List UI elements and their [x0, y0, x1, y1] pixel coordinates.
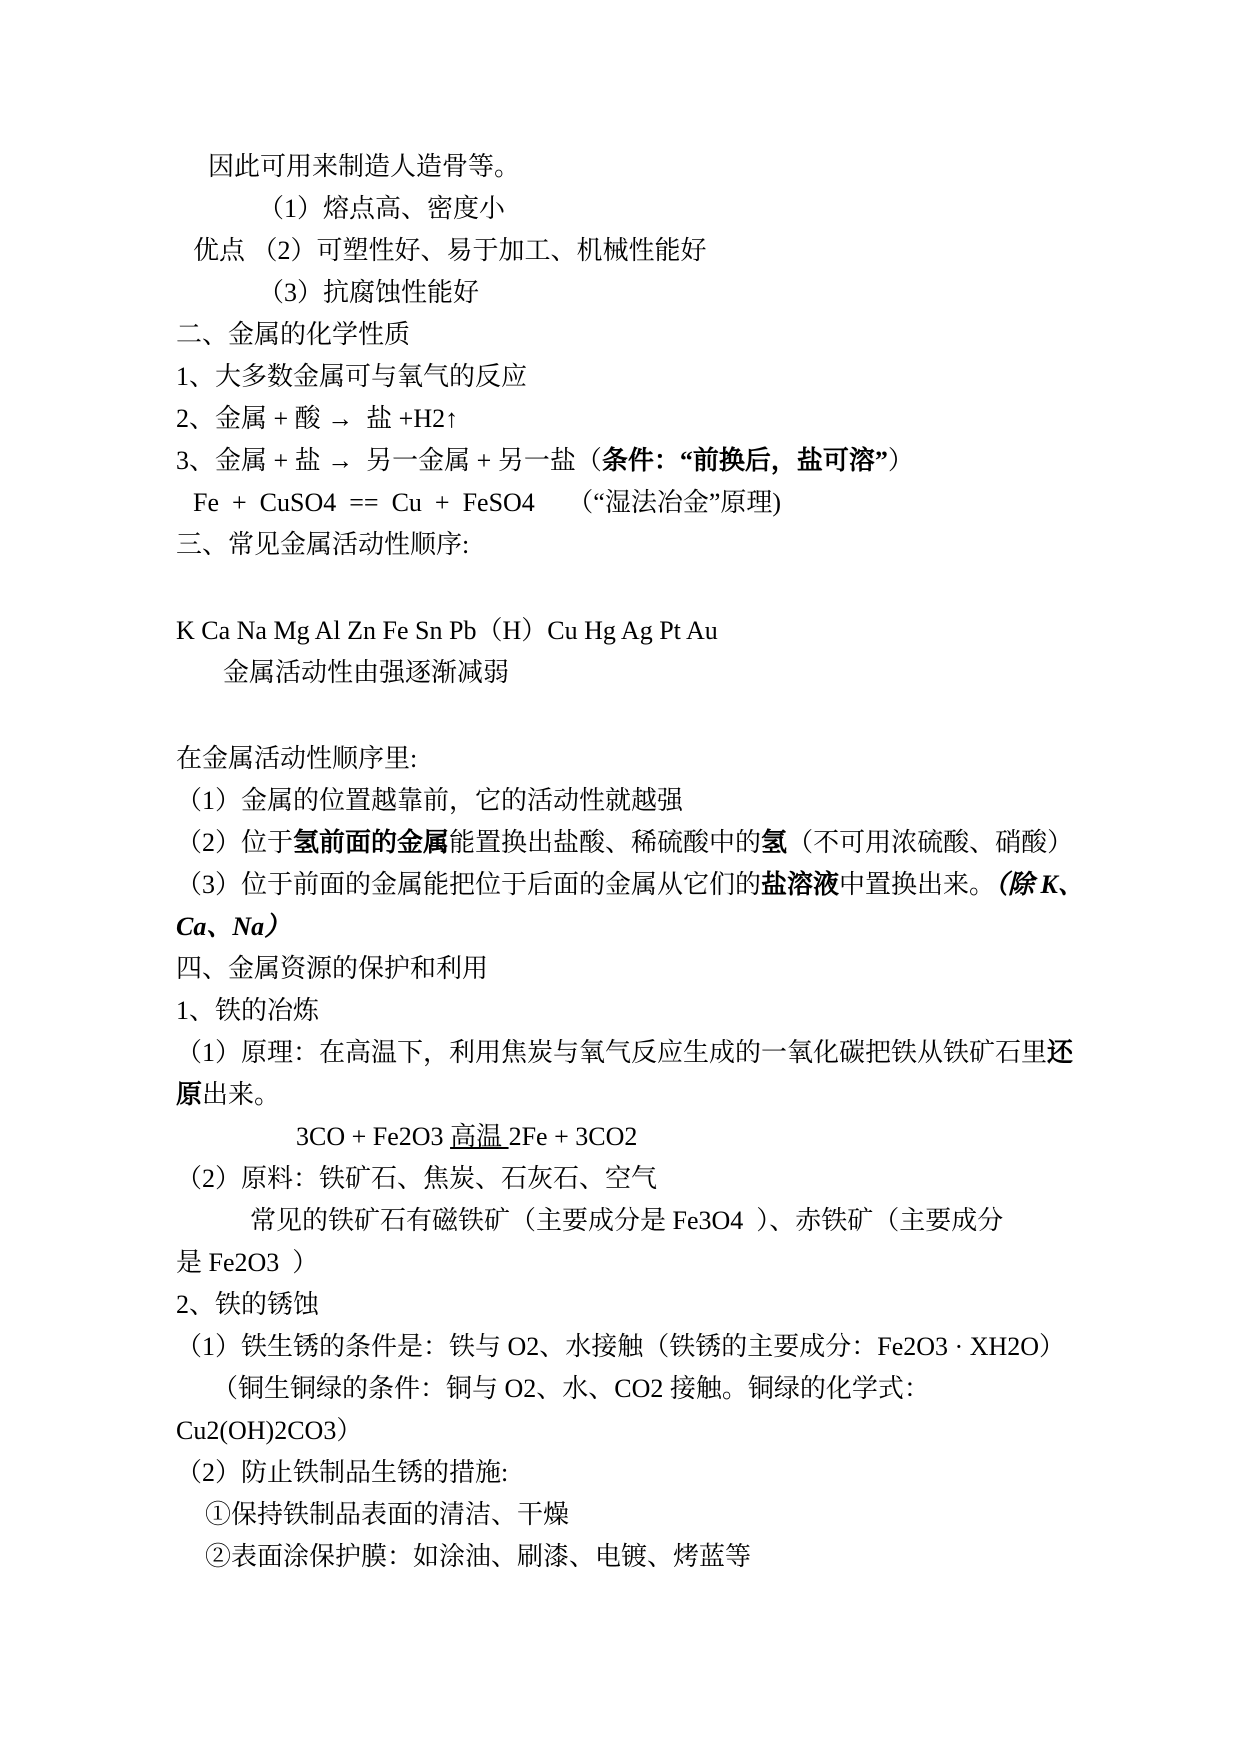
paragraph: 二、金属的化学性质 — [176, 314, 1171, 356]
paragraph: ②表面涂保护膜：如涂油、刷漆、电镀、烤蓝等 — [205, 1536, 1171, 1578]
text-run: 优点 （2）可塑性好、易于加工、机械性能好 — [193, 236, 707, 265]
paragraph: Ca、Na） — [176, 906, 1171, 948]
text-run: （3）抗腐蚀性能好 — [258, 278, 479, 307]
paragraph: K Ca Na Mg Al Zn Fe Sn Pb（H）Cu Hg Ag Pt … — [176, 610, 1171, 652]
text-run: 盐溶液 — [761, 870, 839, 899]
text-run: 三、常见金属活动性顺序: — [176, 530, 469, 559]
paragraph: 3CO + Fe2O3 高温 2Fe + 3CO2 — [296, 1116, 1171, 1158]
text-run: （2）防止铁制品生锈的措施: — [176, 1458, 508, 1487]
text-run: 1、大多数金属可与氧气的反应 — [176, 362, 527, 391]
text-run: ①保持铁制品表面的清洁、干燥 — [205, 1500, 569, 1529]
text-run: 2、金属 + 酸 → 盐 +H2↑ — [176, 404, 458, 433]
text-run: （1）熔点高、密度小 — [258, 194, 505, 223]
paragraph: （1）金属的位置越靠前，它的活动性就越强 — [176, 780, 1171, 822]
text-run: 金属活动性由强逐渐减弱 — [223, 658, 509, 687]
paragraph: 1、大多数金属可与氧气的反应 — [176, 356, 1171, 398]
text-run: （2）原料：铁矿石、焦炭、石灰石、空气 — [176, 1164, 657, 1193]
text-run: （1）原理：在高温下，利用焦炭与氧气反应生成的一氧化碳把铁从铁矿石里 — [176, 1038, 1047, 1067]
text-run: 常见的铁矿石有磁铁矿（主要成分是 Fe3O4 ）、赤铁矿（主要成分 — [250, 1206, 1003, 1235]
paragraph: （铜生铜绿的条件：铜与 O2、水、CO2 接触。铜绿的化学式： — [212, 1368, 1171, 1410]
paragraph: （1）熔点高、密度小 — [258, 188, 1171, 230]
document-page: 因此可用来制造人造骨等。（1）熔点高、密度小优点 （2）可塑性好、易于加工、机械… — [0, 0, 1241, 1754]
text-run: （不可用浓硫酸、硝酸） — [787, 828, 1073, 857]
text-run: 3CO + Fe2O3 — [296, 1122, 450, 1151]
text-run: （除 K、 — [995, 870, 1084, 899]
paragraph: Fe + CuSO4 == Cu + FeSO4 （“湿法冶金”原理) — [193, 482, 1171, 524]
text-run: K Ca Na Mg Al Zn Fe Sn Pb（H）Cu Hg Ag Pt … — [176, 616, 718, 645]
document-body: 因此可用来制造人造骨等。（1）熔点高、密度小优点 （2）可塑性好、易于加工、机械… — [176, 146, 1171, 1578]
paragraph: （3）位于前面的金属能把位于后面的金属从它们的盐溶液中置换出来。（除 K、 — [176, 864, 1171, 906]
paragraph: Cu2(OH)2CO3） — [176, 1410, 1171, 1452]
text-run: 条件：“前换后，盐可溶” — [602, 446, 888, 475]
text-run: 能置换出盐酸、稀硫酸中的 — [449, 828, 761, 857]
text-run: ②表面涂保护膜：如涂油、刷漆、电镀、烤蓝等 — [205, 1542, 751, 1571]
text-run: 氢前面的金属 — [293, 828, 449, 857]
paragraph: 3、金属 + 盐 → 另一金属 + 另一盐（条件：“前换后，盐可溶”） — [176, 440, 1171, 482]
paragraph: （2）位于氢前面的金属能置换出盐酸、稀硫酸中的氢（不可用浓硫酸、硝酸） — [176, 822, 1171, 864]
text-run: 1、铁的冶炼 — [176, 996, 319, 1025]
text-run: Cu2(OH)2CO3） — [176, 1416, 362, 1445]
paragraph: 2、金属 + 酸 → 盐 +H2↑ — [176, 398, 1171, 440]
paragraph: 因此可用来制造人造骨等。 — [208, 146, 1171, 188]
text-run: 二、金属的化学性质 — [176, 320, 410, 349]
paragraph: 在金属活动性顺序里: — [176, 738, 1171, 780]
text-run: 出来。 — [202, 1080, 280, 1109]
paragraph: 优点 （2）可塑性好、易于加工、机械性能好 — [193, 230, 1171, 272]
text-run: 3、金属 + 盐 → 另一金属 + 另一盐（ — [176, 446, 602, 475]
text-run: 中置换出来。 — [839, 870, 995, 899]
text-run: 原 — [176, 1080, 202, 1109]
text-run: 在金属活动性顺序里: — [176, 744, 417, 773]
paragraph: 常见的铁矿石有磁铁矿（主要成分是 Fe3O4 ）、赤铁矿（主要成分 — [250, 1200, 1171, 1242]
paragraph: 四、金属资源的保护和利用 — [176, 948, 1171, 990]
paragraph: （1）原理：在高温下，利用焦炭与氧气反应生成的一氧化碳把铁从铁矿石里还 — [176, 1032, 1171, 1074]
paragraph: 三、常见金属活动性顺序: — [176, 524, 1171, 566]
paragraph: （3）抗腐蚀性能好 — [258, 272, 1171, 314]
paragraph: 原出来。 — [176, 1074, 1171, 1116]
text-run: 2Fe + 3CO2 — [509, 1122, 638, 1151]
text-run: 四、金属资源的保护和利用 — [176, 954, 488, 983]
text-run: ） — [888, 446, 914, 475]
paragraph: 1、铁的冶炼 — [176, 990, 1171, 1032]
paragraph: 2、铁的锈蚀 — [176, 1284, 1171, 1326]
paragraph: 金属活动性由强逐渐减弱 — [223, 652, 1171, 694]
text-run: 是 Fe2O3 ） — [176, 1248, 318, 1277]
text-run: （1）铁生锈的条件是：铁与 O2、水接触（铁锈的主要成分：Fe2O3 · XH2… — [176, 1332, 1065, 1361]
text-run: Ca、Na） — [176, 912, 290, 941]
text-run: 氢 — [761, 828, 787, 857]
paragraph: ①保持铁制品表面的清洁、干燥 — [205, 1494, 1171, 1536]
text-run: （铜生铜绿的条件：铜与 O2、水、CO2 接触。铜绿的化学式： — [212, 1374, 930, 1403]
paragraph: （1）铁生锈的条件是：铁与 O2、水接触（铁锈的主要成分：Fe2O3 · XH2… — [176, 1326, 1171, 1368]
paragraph: 是 Fe2O3 ） — [176, 1242, 1171, 1284]
text-run: 还 — [1047, 1038, 1073, 1067]
paragraph: （2）防止铁制品生锈的措施: — [176, 1452, 1171, 1494]
text-run: （2）位于 — [176, 828, 293, 857]
text-run: 2、铁的锈蚀 — [176, 1290, 319, 1319]
paragraph: （2）原料：铁矿石、焦炭、石灰石、空气 — [176, 1158, 1171, 1200]
text-run: 因此可用来制造人造骨等。 — [208, 152, 520, 181]
text-run: 高温 — [450, 1122, 509, 1151]
text-run: Fe + CuSO4 == Cu + FeSO4 （“湿法冶金”原理) — [193, 488, 781, 517]
text-run: （3）位于前面的金属能把位于后面的金属从它们的 — [176, 870, 761, 899]
text-run: （1）金属的位置越靠前，它的活动性就越强 — [176, 786, 683, 815]
